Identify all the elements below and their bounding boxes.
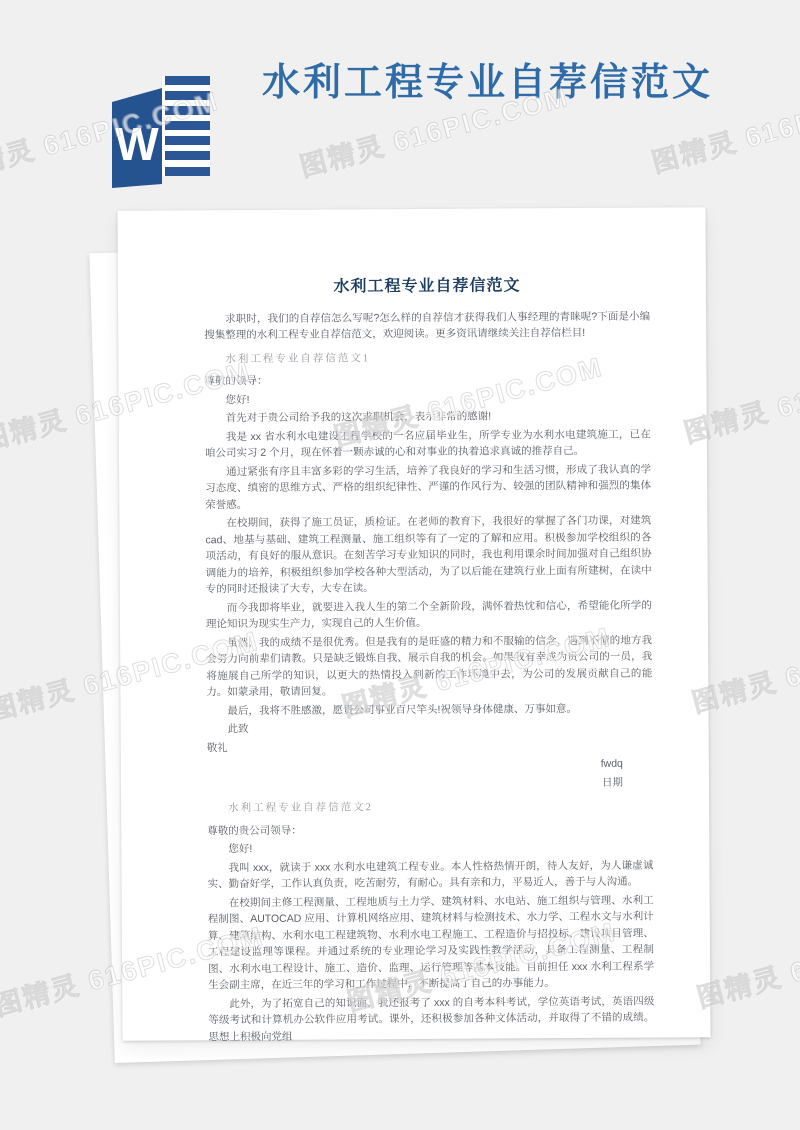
letter-line: 日期 bbox=[207, 774, 653, 793]
intro-paragraph: 求职时，我们的自荐信怎么写呢?怎么样的自荐信才获得我们人事经理的青睐呢?下面是小… bbox=[204, 308, 650, 344]
letter-line: 此致 bbox=[207, 719, 653, 738]
letter-line: 此外，为了拓宽自己的知识面，我还报考了 xxx 的自考本科考试，学位英语考试，英… bbox=[208, 993, 654, 1045]
letter-line: 最后，我将不胜感激，愿贵公司事业百尺竿头!祝领导身体健康、万事如意。 bbox=[206, 700, 652, 719]
letter-line: 而今我即将毕业，就要进入我人生的第二个全新阶段，满怀着热忱和信心，希望能化所学的… bbox=[206, 597, 652, 633]
svg-text:W: W bbox=[115, 118, 159, 170]
page-title: 水利工程专业自荐信范文 bbox=[262, 56, 714, 110]
word-icon: W bbox=[112, 76, 216, 188]
letter-line: 您好! bbox=[207, 839, 653, 858]
letter-line: 尊敬的领导： bbox=[204, 371, 650, 390]
letter-line: fwdq bbox=[207, 756, 653, 775]
letter-line: 首先对于贵公司给予我的这次求职机会，表示非常的感谢! bbox=[205, 408, 651, 427]
letter-line: 敬礼 bbox=[207, 737, 653, 756]
letter-line: 虽然，我的成绩不是很优秀。但是我有的是旺盛的精力和不服输的信念，遇到不懂的地方我… bbox=[206, 632, 652, 701]
letter-line: 我叫 xxx，就读于 xxx 水利水电建筑工程专业。本人性格热情开朗，待人友好，… bbox=[207, 857, 653, 893]
letter-line: 我是 xx 省水利水电建设工程学校的一名应届毕业生，所学专业为水利水电建筑施工，… bbox=[205, 426, 651, 462]
letter-line: 在校期间，获得了施工员证，质检证。在老师的教育下，我很好的掌握了各门功课，对建筑… bbox=[205, 513, 651, 598]
header: W 水利工程专业自荐信范文 bbox=[0, 0, 800, 200]
letter-line: 通过紧张有序且丰富多彩的学习生活，培养了我良好的学习和生活习惯，形成了我认真的学… bbox=[205, 461, 651, 513]
letter-section-heading: 水利工程专业自荐信范文1 bbox=[204, 349, 650, 368]
letter-line: 尊敬的贵公司领导： bbox=[207, 820, 653, 839]
page-background: W 水利工程专业自荐信范文 水利工程专业自荐信范文 求职时，我们的自荐信怎么写呢… bbox=[0, 0, 800, 1130]
document-sheet: 水利工程专业自荐信范文 求职时，我们的自荐信怎么写呢?怎么样的自荐信才获得我们人… bbox=[117, 207, 710, 1041]
letter-line: 您好! bbox=[205, 389, 651, 408]
letter-body: 水利工程专业自荐信范文1尊敬的领导：您好!首先对于贵公司给予我的这次求职机会，表… bbox=[204, 349, 654, 1045]
letter-line: 在校期间主修工程测量、工程地质与土力学、建筑材料、水电站、施工组织与管理、水利工… bbox=[208, 892, 655, 994]
document-title: 水利工程专业自荐信范文 bbox=[204, 278, 650, 297]
letter-section-heading: 水利工程专业自荐信范文2 bbox=[207, 799, 653, 818]
document-content: 水利工程专业自荐信范文 求职时，我们的自荐信怎么写呢?怎么样的自荐信才获得我们人… bbox=[117, 207, 710, 1041]
